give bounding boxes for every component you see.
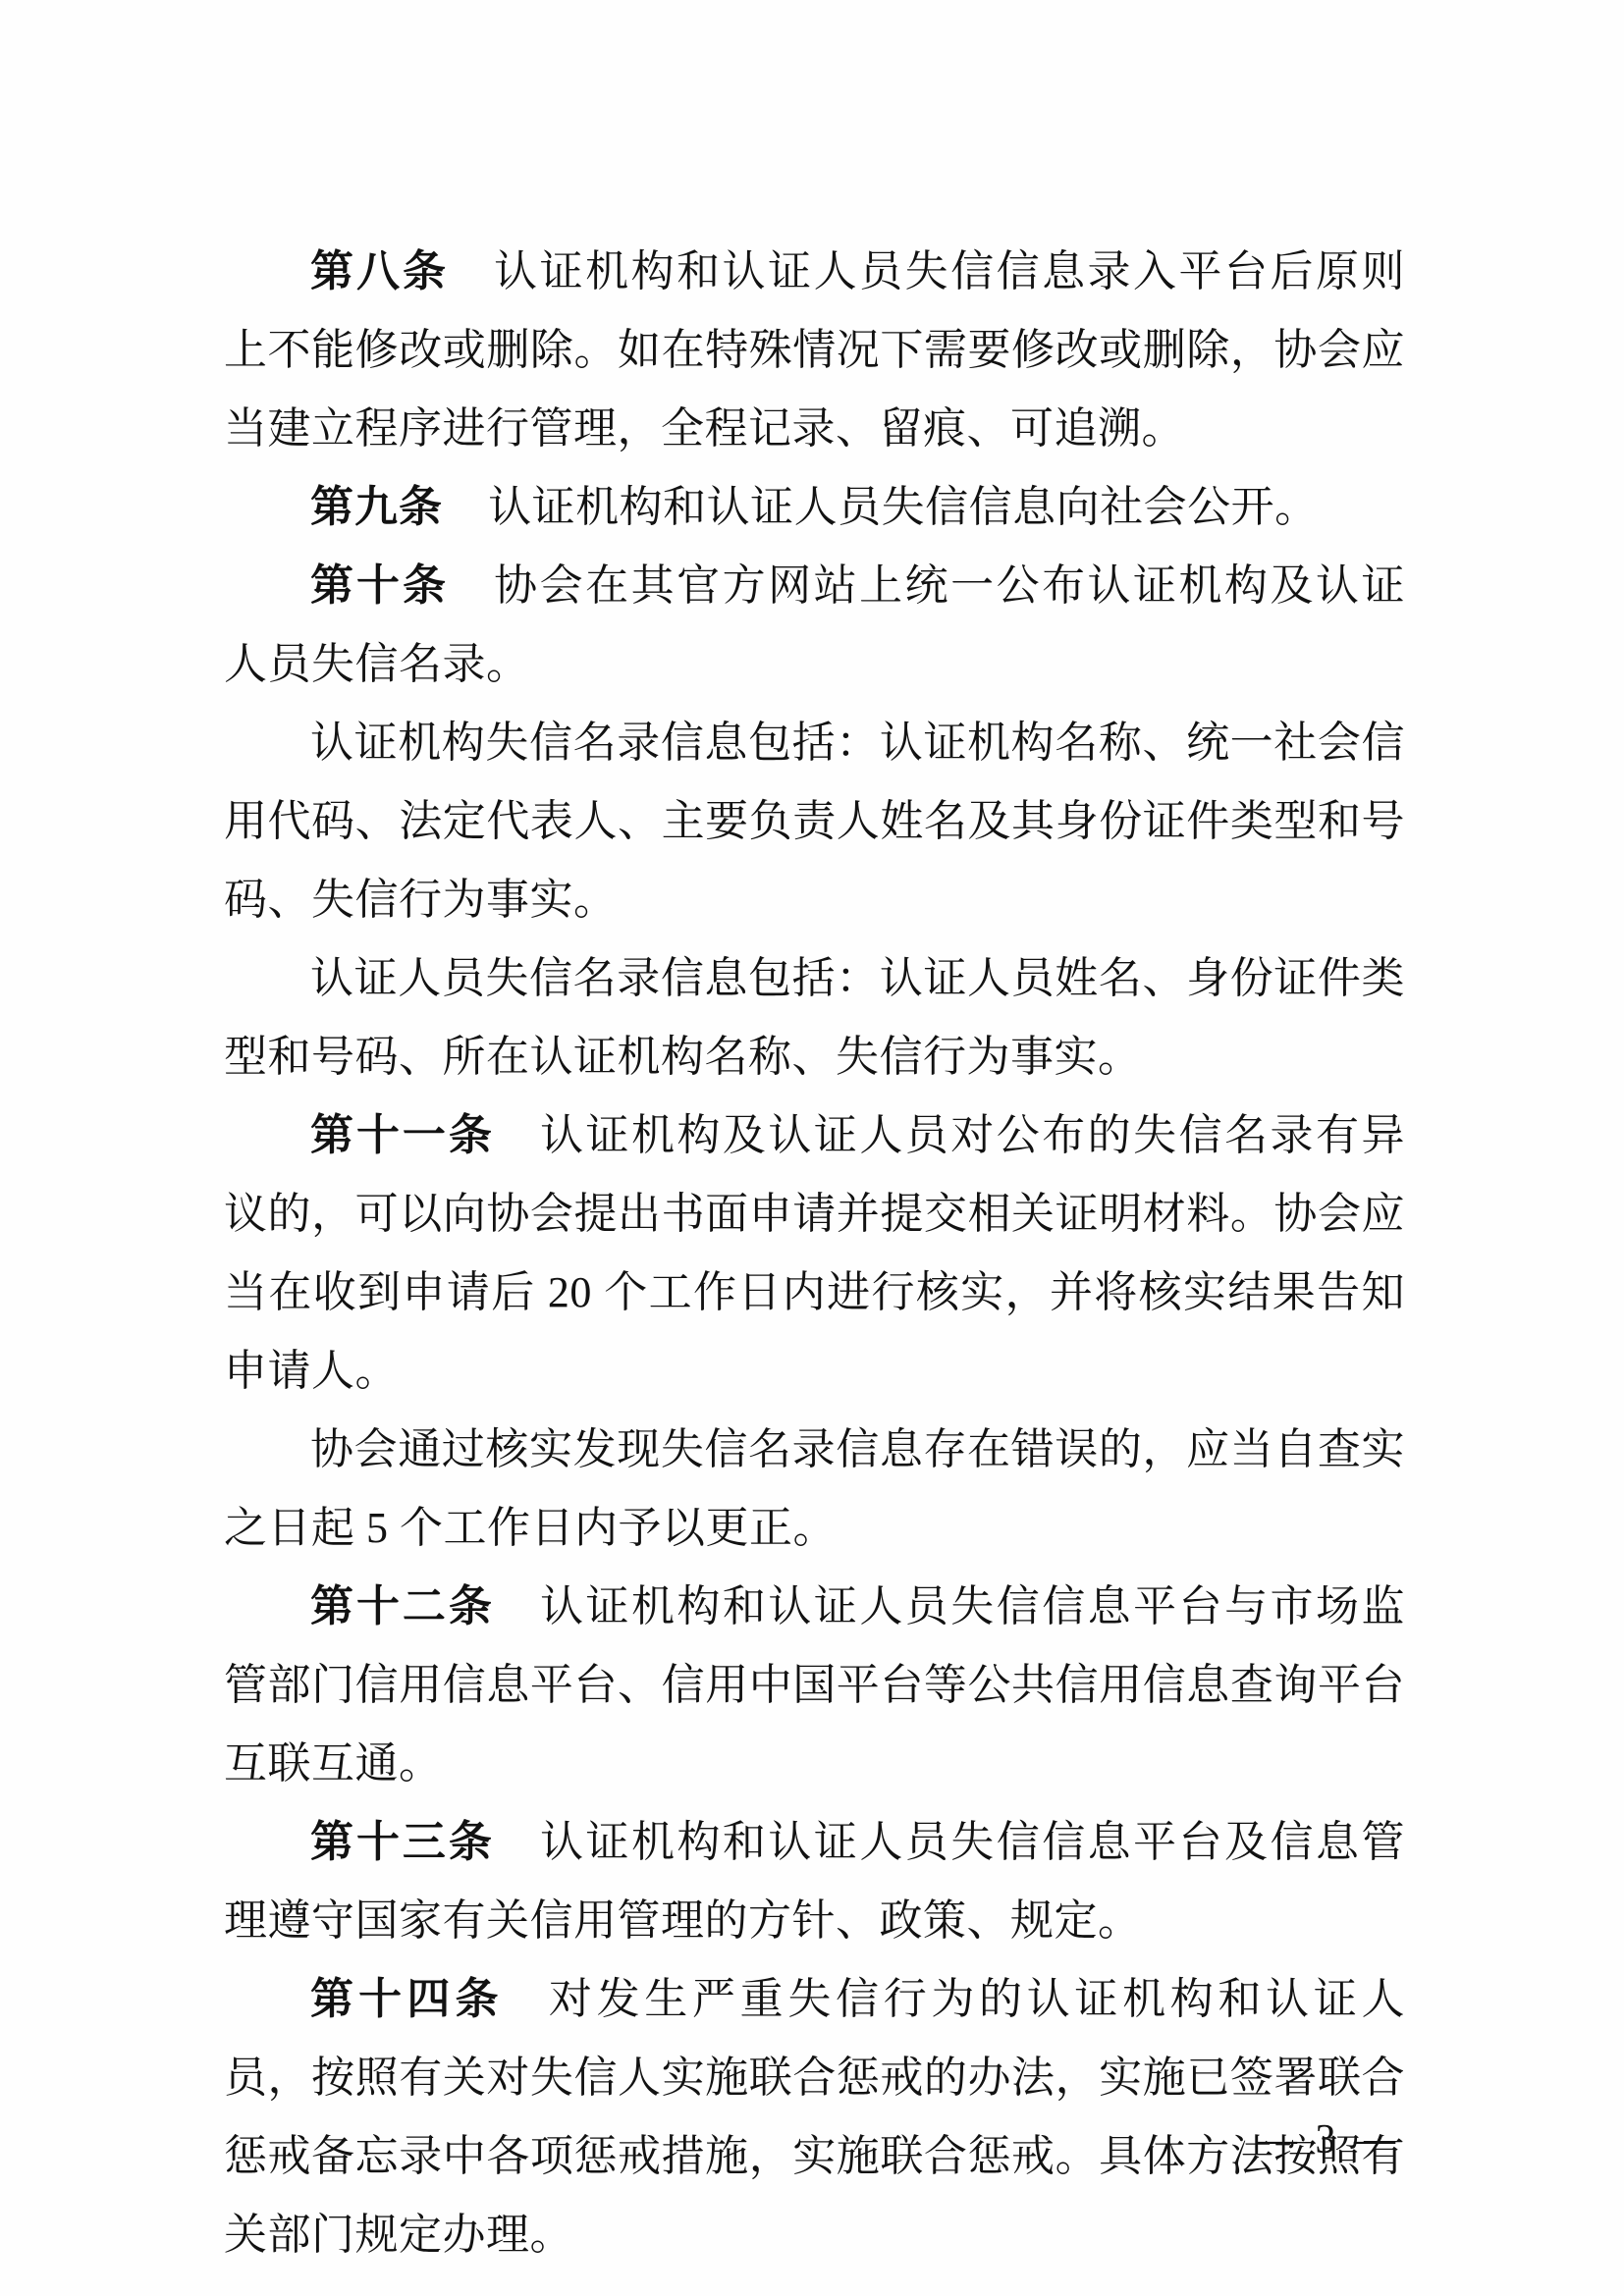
- paragraph-text: 认证机构失信名录信息包括：认证机构名称、统一社会信用代码、法定代表人、主要负责人…: [224, 719, 1405, 924]
- paragraph-article-12: 第十二条认证机构和认证人员失信信息平台与市场监管部门信用信息平台、信用中国平台等…: [224, 1568, 1405, 1803]
- paragraph-article-10: 第十条协会在其官方网站上统一公布认证机构及认证人员失信名录。: [224, 547, 1405, 704]
- paragraph-text: 认证机构和认证人员失信信息向社会公开。: [488, 483, 1319, 531]
- article-number: 第十二条: [310, 1582, 495, 1630]
- paragraph-article-8: 第八条认证机构和认证人员失信信息录入平台后原则上不能修改或删除。如在特殊情况下需…: [224, 233, 1405, 468]
- article-number: 第十一条: [310, 1111, 495, 1159]
- paragraph-text: 协会通过核实发现失信名录信息存在错误的，应当自查实之日起 5 个工作日内予以更正…: [224, 1425, 1405, 1552]
- paragraph-org-list-info: 认证机构失信名录信息包括：认证机构名称、统一社会信用代码、法定代表人、主要负责人…: [224, 704, 1405, 939]
- article-number: 第九条: [310, 483, 443, 531]
- paragraph-person-list-info: 认证人员失信名录信息包括：认证人员姓名、身份证件类型和号码、所在认证机构名称、失…: [224, 939, 1405, 1096]
- article-number: 第十三条: [310, 1818, 495, 1866]
- paragraph-article-11: 第十一条认证机构及认证人员对公布的失信名录有异议的，可以向协会提出书面申请并提交…: [224, 1096, 1405, 1411]
- document-page: 第八条认证机构和认证人员失信信息录入平台后原则上不能修改或删除。如在特殊情况下需…: [0, 0, 1624, 2296]
- paragraph-article-13: 第十三条认证机构和认证人员失信信息平台及信息管理遵守国家有关信用管理的方针、政策…: [224, 1803, 1405, 1960]
- article-number: 第八条: [310, 247, 449, 295]
- article-number: 第十条: [310, 561, 449, 610]
- paragraph-article-14: 第十四条对发生严重失信行为的认证机构和认证人员，按照有关对失信人实施联合惩戒的办…: [224, 1960, 1405, 2274]
- page-footer: — 3 —: [1256, 2109, 1399, 2171]
- article-number: 第十四条: [310, 1975, 504, 2023]
- document-body: 第八条认证机构和认证人员失信信息录入平台后原则上不能修改或删除。如在特殊情况下需…: [224, 233, 1405, 2274]
- paragraph-correction: 协会通过核实发现失信名录信息存在错误的，应当自查实之日起 5 个工作日内予以更正…: [224, 1411, 1405, 1568]
- page-number: — 3 —: [1256, 2117, 1399, 2163]
- paragraph-article-9: 第九条认证机构和认证人员失信信息向社会公开。: [224, 468, 1405, 547]
- paragraph-text: 认证人员失信名录信息包括：认证人员姓名、身份证件类型和号码、所在认证机构名称、失…: [224, 954, 1405, 1081]
